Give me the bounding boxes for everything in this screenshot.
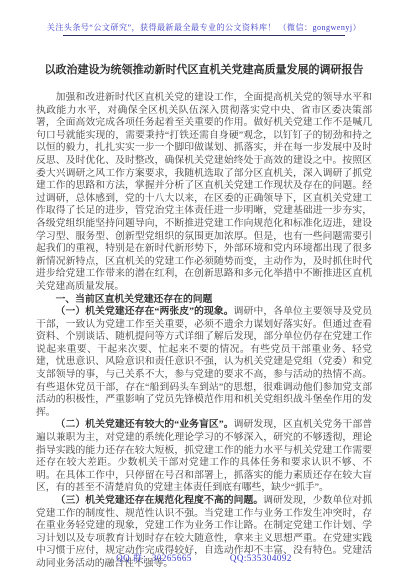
qq-number-label: QQ:535304092 [230,553,292,563]
issue-3-lead: （三）机关党建还存在规范化程度不高的问题。 [56,495,264,506]
issue-1-lead: （一）机关党建还存在“两张皮”的现象。 [56,306,234,317]
header-notice: 关注头条号“公文研究”，获得最新最全最专业的公文资料库！ （微信：gongwen… [0,22,408,33]
issue-2-body: 调研发现，区直机关党务干部普遍以兼职为主，对党建的系统化理论学习的不够深入，研究… [36,419,372,493]
header-divider [63,35,345,36]
page-title: 以政治建设为统领推动新时代区直机关党建高质量发展的调研报告 [30,63,378,77]
paragraph-issue-2: （二）机关党建还有较大的“业务盲区”。调研发现，区直机关党务干部普遍以兼职为主，… [36,419,372,495]
page-footer: QQ 群：30265665QQ:535304092 [0,551,408,564]
paragraph-intro: 加强和改进新时代区直机关党的建设工作，全面提高机关党的领导水平和执政能力水平，对… [36,92,372,294]
intro-text: 加强和改进新时代区直机关党的建设工作，全面提高机关党的领导水平和执政能力水平，对… [36,92,372,292]
paragraph-issue-1: （一）机关党建还存在“两张皮”的现象。调研中，各单位主要领导及党员干部，一致认为… [36,306,372,419]
document-page: 关注头条号“公文研究”，获得最新最全最专业的公文资料库！ （微信：gongwen… [0,0,408,580]
document-body: 加强和改进新时代区直机关党的建设工作，全面提高机关党的领导水平和执政能力水平，对… [0,92,408,571]
qq-group-label: QQ 群：30265665 [116,553,192,563]
issue-2-lead: （二）机关党建还有较大的“业务盲区”。 [56,419,234,430]
section-heading-1: 一、当前区直机关党建还存在的问题 [36,294,372,307]
issue-1-body: 调研中，各单位主要领导及党员干部，一致认为党建工作至关重要，必须不遗余力谋划好落… [36,306,372,418]
